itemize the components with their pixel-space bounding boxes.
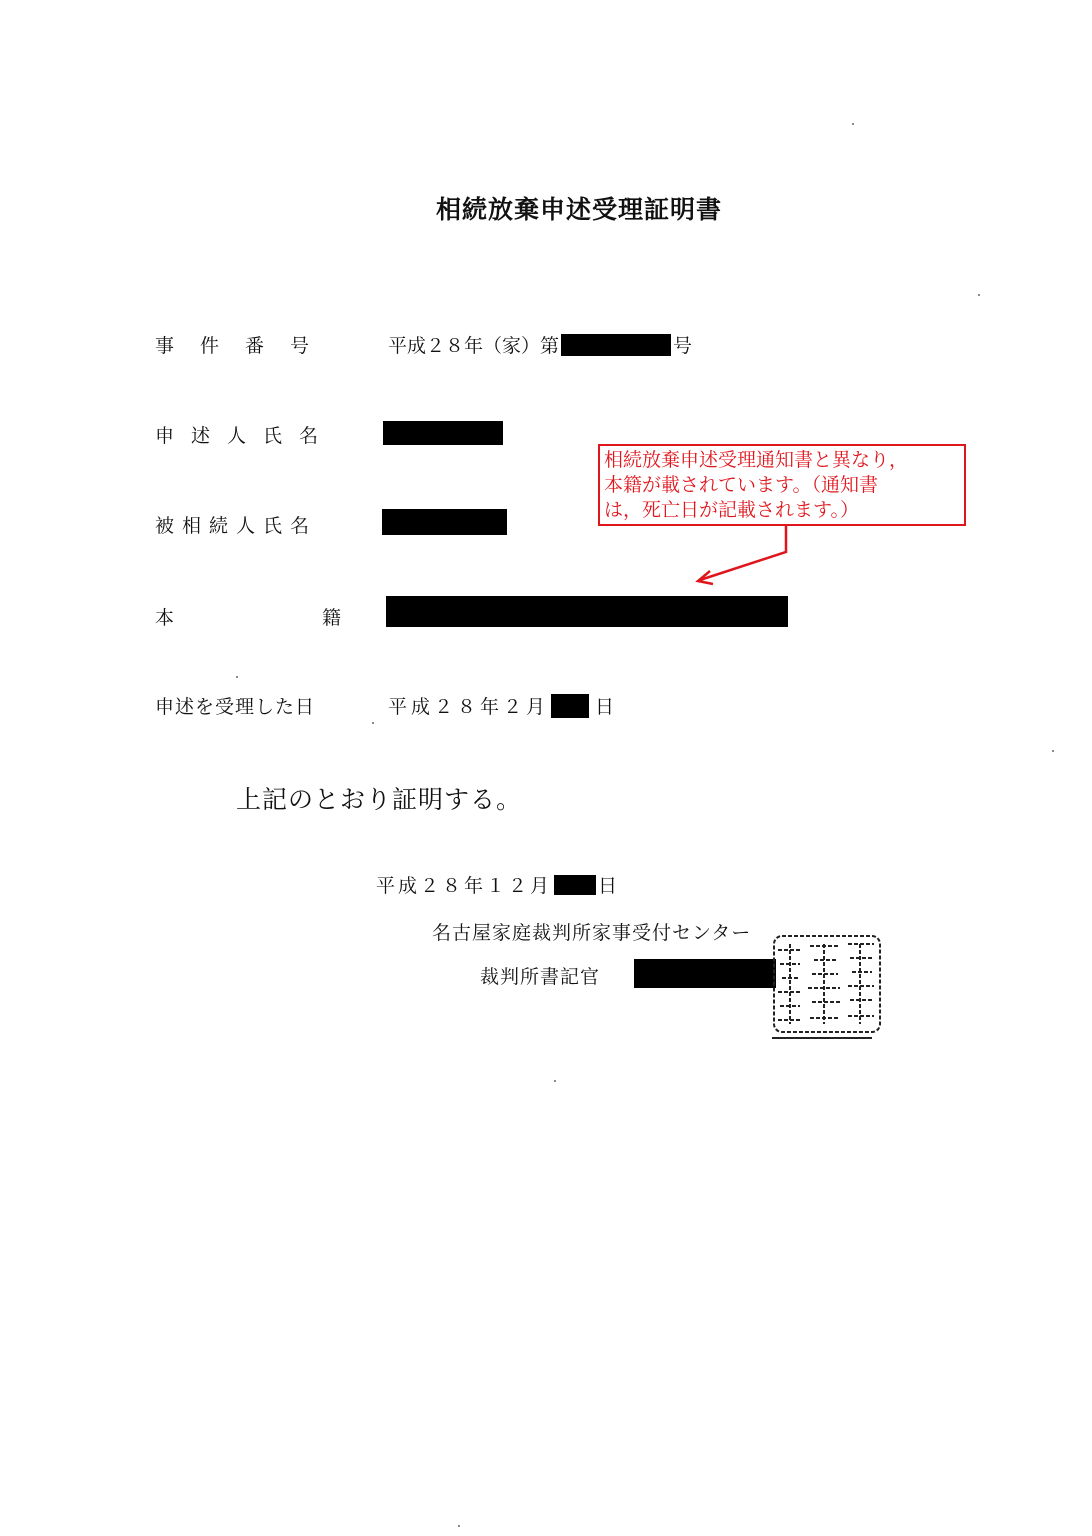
document-title: 相続放棄申述受理証明書 (436, 190, 722, 226)
applicant-name-label: 申述人氏名 (155, 421, 335, 448)
case-number-label: 事件番号 (155, 331, 335, 358)
issue-date-prefix: 平成２８年１２月 (376, 875, 552, 897)
domicile-label-left: 本 (155, 603, 174, 630)
scan-speck (236, 676, 238, 678)
redaction-bar (561, 334, 671, 356)
decedent-name-redaction (382, 509, 507, 535)
domicile-label-right: 籍 (322, 603, 341, 630)
scan-speck (372, 722, 374, 724)
acceptance-date-suffix: 日 (595, 696, 618, 718)
case-number-suffix: 号 (673, 335, 692, 357)
acceptance-date-label: 申述を受理した日 (155, 692, 315, 719)
case-number-value: 平成２８年（家）第号 (388, 331, 692, 358)
applicant-name-redaction (383, 421, 503, 445)
domicile-redaction (386, 596, 788, 627)
domicile-label: 本 籍 (155, 603, 341, 630)
case-number-prefix: 平成２８年（家）第 (388, 335, 559, 357)
annotation-line: は，死亡日が記載されます。） (604, 498, 960, 523)
acceptance-date-prefix: 平成２８年２月 (388, 696, 549, 718)
annotation-callout: 相続放棄申述受理通知書と異なり， 本籍が載されています。（通知書 は，死亡日が記… (598, 444, 966, 526)
certification-statement: 上記のとおり証明する。 (236, 780, 522, 816)
issue-date: 平成２８年１２月日 (376, 871, 617, 898)
clerk-title: 裁判所書記官 (480, 962, 600, 989)
issue-date-suffix: 日 (598, 875, 617, 897)
scan-speck (1052, 750, 1054, 752)
redaction-bar (554, 875, 596, 895)
annotation-line: 本籍が載されています。（通知書 (604, 473, 960, 498)
scan-speck (554, 1080, 556, 1082)
decedent-name-label: 被相続人氏名 (155, 511, 317, 538)
annotation-line: 相続放棄申述受理通知書と異なり， (604, 448, 960, 473)
scan-speck (978, 294, 980, 296)
acceptance-date-value: 平成２８年２月日 (388, 692, 618, 719)
annotation-arrow-icon (690, 525, 800, 590)
court-seal-icon (768, 930, 886, 1042)
scan-speck (458, 1525, 460, 1527)
scan-speck (852, 123, 854, 125)
redaction-bar (551, 694, 589, 718)
court-name: 名古屋家庭裁判所家事受付センター (432, 918, 751, 945)
clerk-name-redaction (634, 959, 776, 988)
